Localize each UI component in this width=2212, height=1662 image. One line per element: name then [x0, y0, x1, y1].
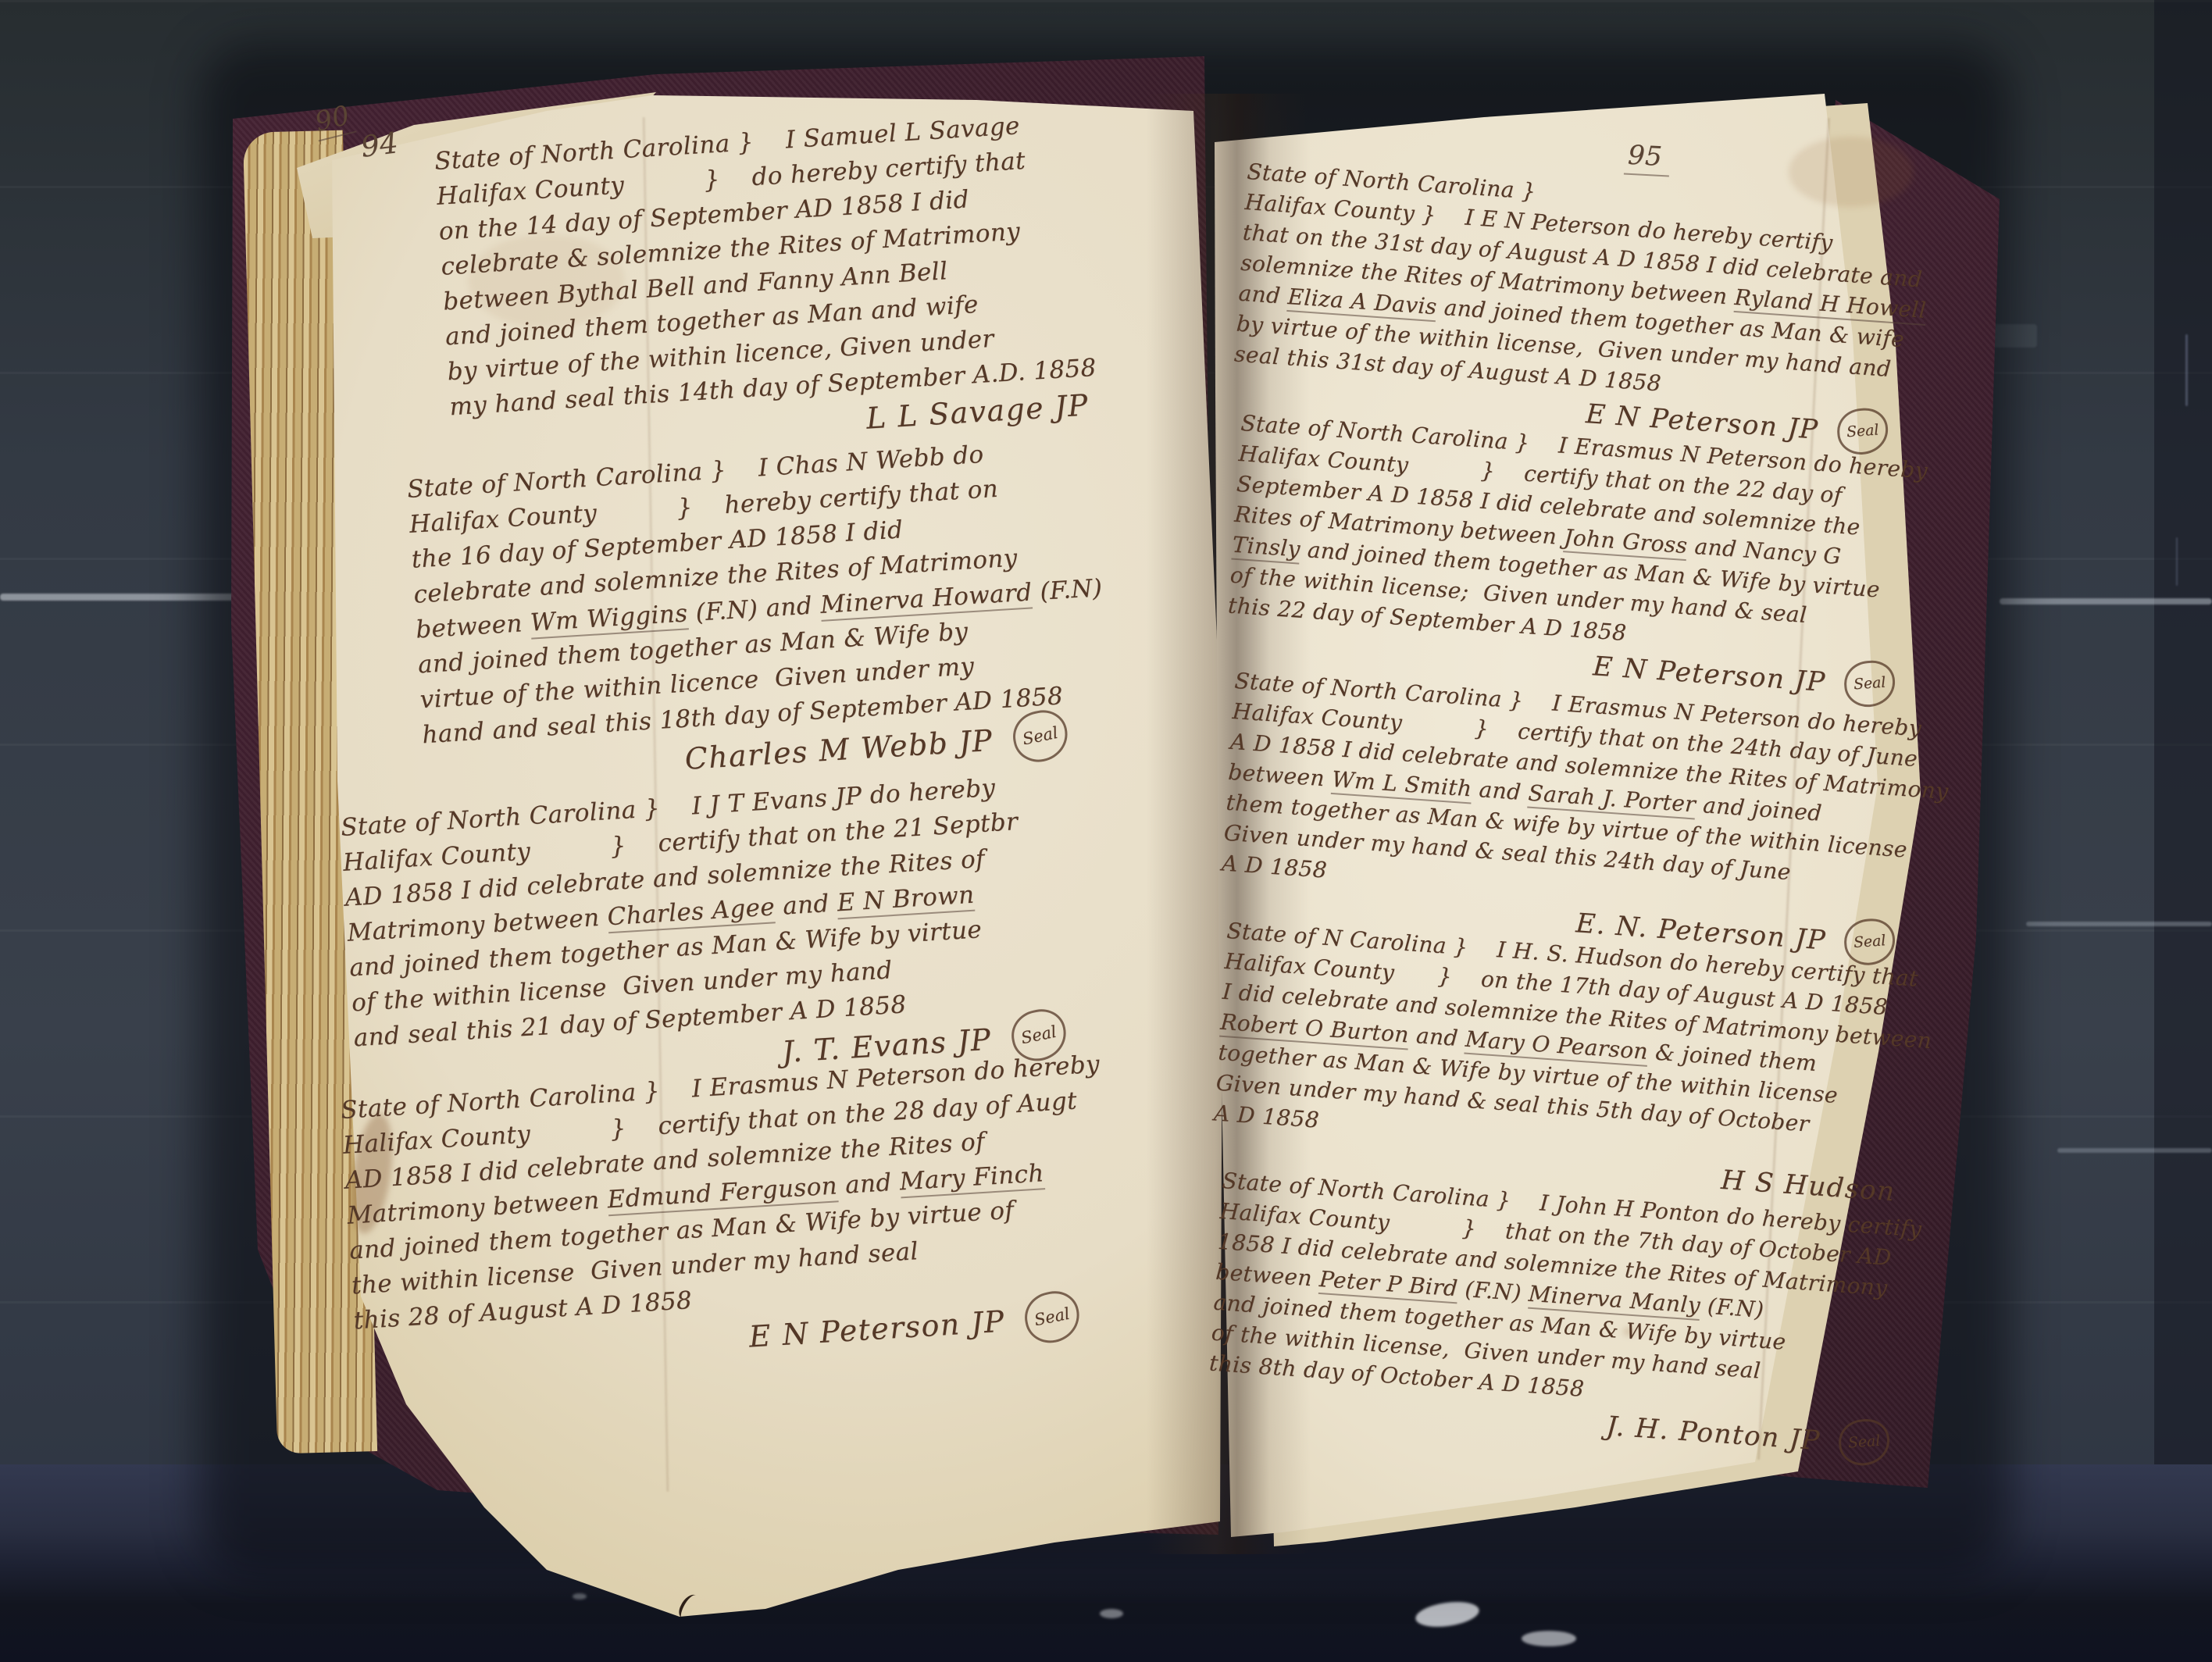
shelf-scuff — [573, 1593, 587, 1600]
underlined-name: Tinsly — [1231, 532, 1301, 565]
marriage-entry-left-4: State of North Carolina } I Erasmus N Pe… — [340, 1042, 1200, 1391]
page-number-left: 94 — [359, 126, 401, 164]
photo-scene: 90 94 95 State of North Carolina } I Sam… — [0, 0, 2212, 1662]
seal-mark: Seal — [1836, 407, 1889, 456]
shelf-scuff — [1100, 1609, 1123, 1618]
seal-mark: Seal — [1837, 1418, 1891, 1467]
marriage-entry-left-1: State of North Carolina } I Samuel L Sav… — [433, 99, 1193, 462]
seal-mark: Seal — [1843, 659, 1896, 708]
shelf-scuff — [1522, 1631, 1576, 1646]
marriage-entry-left-2: State of North Carolina } I Chas N Webb … — [406, 426, 1175, 805]
page-number-right: 95 — [1624, 140, 1671, 177]
marriage-entry-right-5: State of North Carolina } I John H Ponto… — [1205, 1165, 2018, 1481]
